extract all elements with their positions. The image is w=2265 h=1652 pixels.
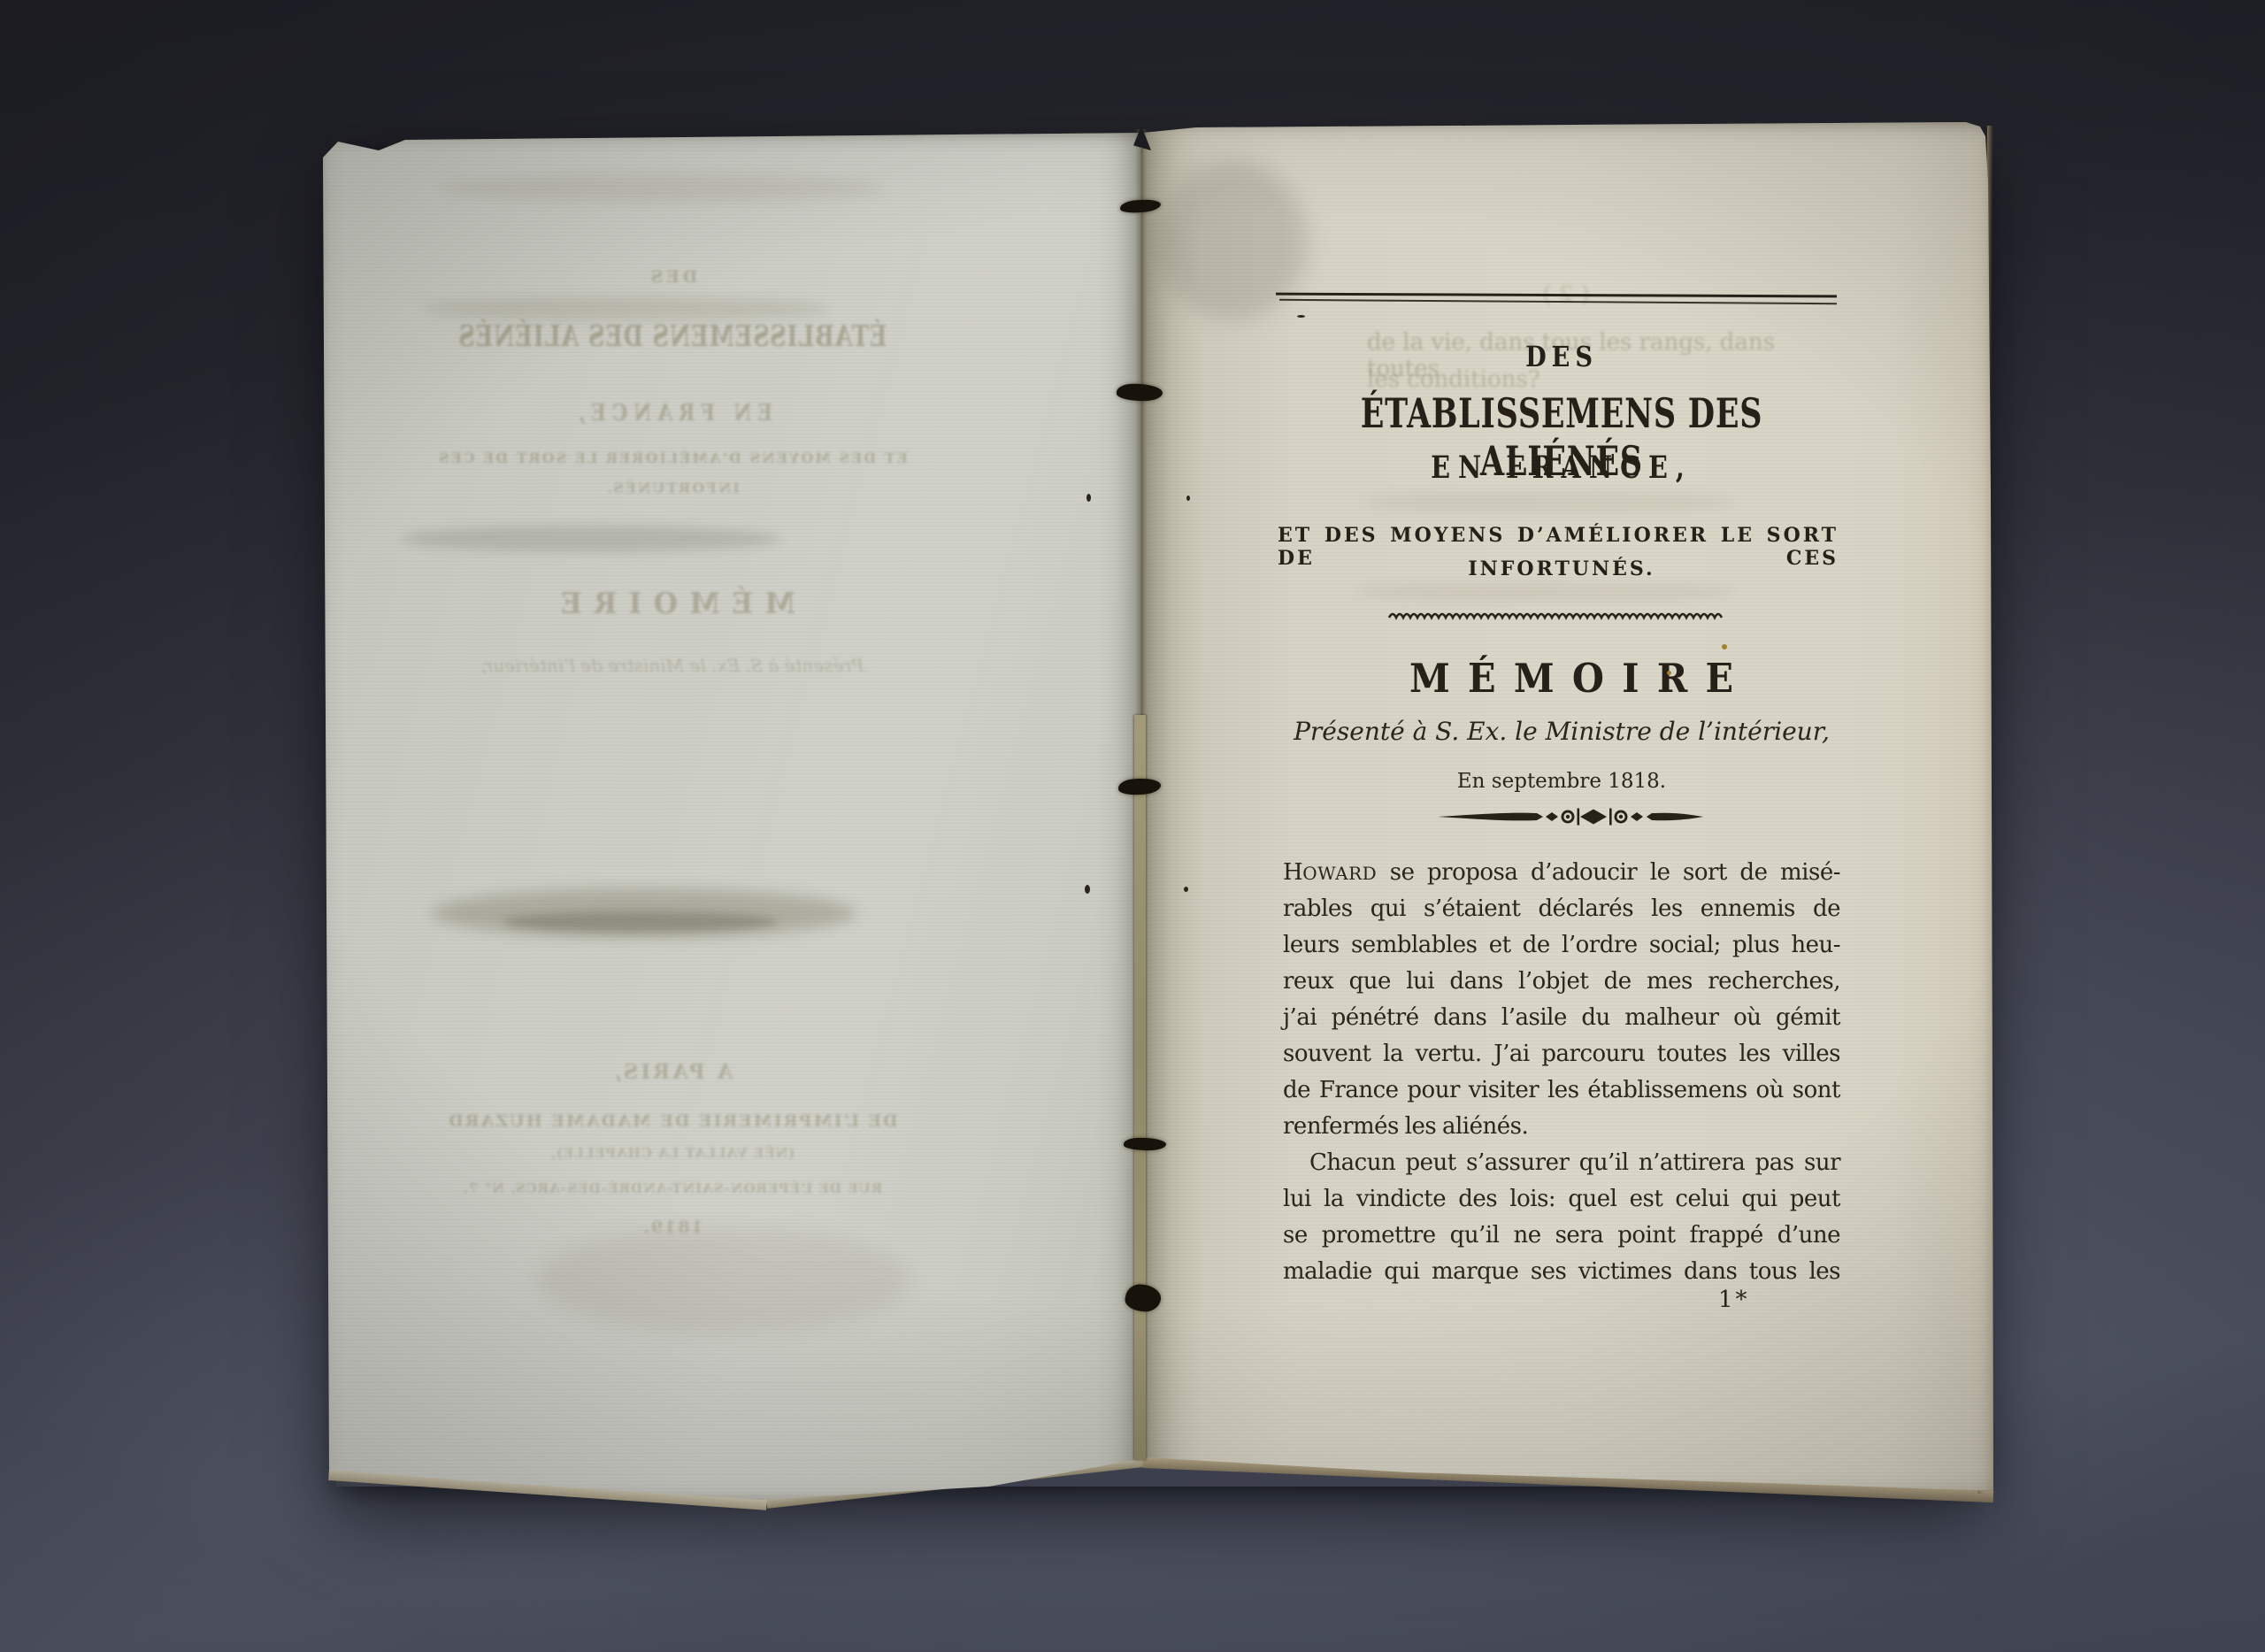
date-line: En septembre 1818.: [1283, 770, 1840, 793]
ghost-line: RUE DE L’ÉPERON-SAINT-ANDRÉ-DES-ARCS, N°…: [363, 1180, 982, 1196]
ghost-line: MÉMOIRE: [379, 586, 967, 620]
ghost-line: DES: [363, 267, 982, 287]
right-page: de la vie, dans tous les rangs, dans tou…: [1143, 120, 1994, 1502]
ink-speck: [1184, 887, 1188, 892]
title-line-des: DES: [1324, 340, 1799, 373]
ink-speck: [1186, 496, 1190, 501]
ink-speck: [1086, 494, 1091, 502]
ghost-text-layer: DESÉTABLISSEMENS DES ALIÉNÉSEN FRANCE,ET…: [363, 129, 982, 1506]
body-line: reux que lui dans l’objet de mes recherc…: [1283, 964, 1840, 1000]
ink-speck: [1722, 644, 1727, 649]
left-page: DESÉTABLISSEMENS DES ALIÉNÉSEN FRANCE,ET…: [317, 129, 1145, 1506]
book-gutter: [1135, 129, 1148, 717]
ghost-line: DE L’IMPRIMERIE DE MADAME HUZARD: [363, 1111, 982, 1131]
ink-speck: [1085, 885, 1090, 894]
body-line: souvent la vertu. J’ai parcouru toutes l…: [1283, 1036, 1840, 1072]
printers-ornament: [1438, 803, 1703, 830]
small-caps: OWARD: [1302, 863, 1377, 884]
ghost-line: 1819.: [363, 1218, 982, 1237]
ghost-line: ET DES MOYENS D’AMÉLIORER LE SORT DE CES: [363, 449, 982, 466]
body-line: maladie qui marque ses victimes dans tou…: [1283, 1254, 1840, 1290]
body-line: HOWARD se proposa d’adoucir le sort de m…: [1283, 855, 1840, 891]
photo-of-open-book: DESÉTABLISSEMENS DES ALIÉNÉSEN FRANCE,ET…: [0, 0, 2265, 1652]
ink-speck: [1297, 315, 1305, 318]
ghost-line: ÉTABLISSEMENS DES ALIÉNÉS: [431, 319, 914, 353]
book-gutter: [1134, 715, 1146, 1460]
ghost-line: Présenté à S. Ex. le Ministre de l’intér…: [363, 655, 982, 676]
body-line: de France pour visiter les établissemens…: [1283, 1072, 1840, 1109]
signature-mark: 1*: [1718, 1287, 1750, 1313]
title-line-france: EN FRANCE,: [1333, 449, 1791, 486]
body-line: lui la vindicte des lois: quel est celui…: [1283, 1181, 1840, 1218]
presentation-line: Présenté à S. Ex. le Ministre de l’intér…: [1283, 717, 1840, 746]
body-line: rables qui s’étaient déclarés les ennemi…: [1283, 891, 1840, 927]
zigzag-rule: [1387, 611, 1725, 621]
body-line: leurs semblables et de l’ordre social; p…: [1283, 927, 1840, 964]
ghost-line: INFORTUNÉS.: [363, 480, 982, 496]
ghost-line: (NÉE VALLAT LA CHAPELLE),: [363, 1145, 982, 1161]
ink-speck: [1667, 671, 1671, 675]
body-line: renfermés les aliénés.: [1283, 1109, 1840, 1145]
memoire-heading: MÉMOIRE: [1306, 655, 1837, 702]
ghost-line: EN FRANCE,: [410, 400, 936, 426]
subtitle-line-2: INFORTUNÉS.: [1283, 557, 1840, 580]
body-line: Chacun peut s’assurer qu’il n’attirera p…: [1283, 1145, 1840, 1181]
ghost-line: A PARIS,: [363, 1060, 982, 1084]
body-text: HOWARD se proposa d’adoucir le sort de m…: [1283, 855, 1840, 1290]
body-line: j’ai pénétré dans l’asile du malheur où …: [1283, 1000, 1840, 1036]
body-line: se promettre qu’il ne sera point frappé …: [1283, 1218, 1840, 1254]
